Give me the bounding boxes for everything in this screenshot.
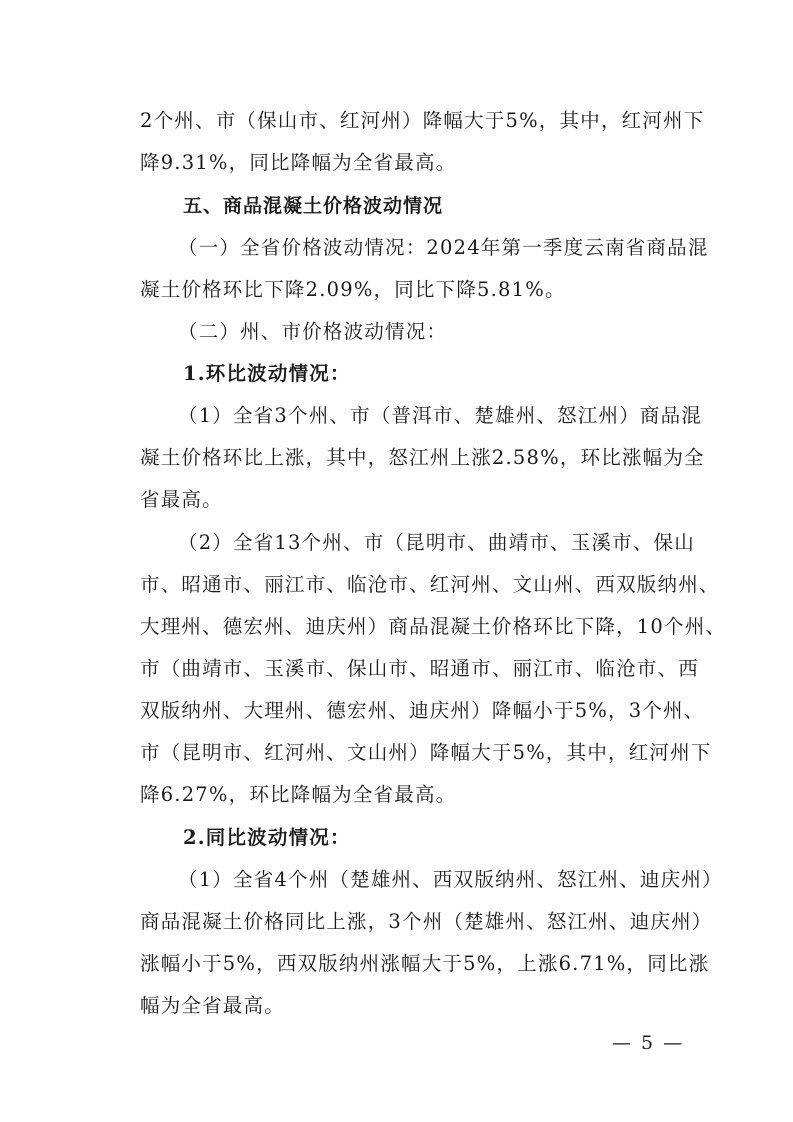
paragraph-line: 市、昭通市、丽江市、临沧市、红河州、文山州、西双版纳州、 (140, 570, 720, 600)
paragraph-line: 降9.31%，同比降幅为全省最高。 (140, 148, 456, 178)
paragraph-line: 市（曲靖市、玉溪市、保山市、昭通市、丽江市、临沧市、西 (140, 654, 699, 684)
paragraph-line: 2个州、市（保山市、红河州）降幅大于5%，其中，红河州下 (140, 106, 704, 136)
paragraph-line: 大理州、德宏州、迪庆州）商品混凝土价格环比下降，10个州、 (140, 612, 726, 642)
paragraph-line: 凝土价格环比下降2.09%，同比下降5.81%。 (140, 275, 566, 305)
section-heading: 1.环比波动情况： (183, 359, 351, 389)
paragraph-line: （1）全省3个州、市（普洱市、楚雄州、怒江州）商品混 (178, 401, 702, 431)
paragraph-line: 幅为全省最高。 (140, 991, 285, 1021)
paragraph-line: 省最高。 (140, 485, 223, 515)
paragraph-line: 降6.27%，环比降幅为全省最高。 (140, 780, 456, 810)
paragraph-line: 市（昆明市、红河州、文山州）降幅大于5%，其中，红河州下 (140, 738, 712, 768)
document-page: 2个州、市（保山市、红河州）降幅大于5%，其中，红河州下降9.31%，同比降幅为… (0, 0, 793, 1122)
paragraph-line: （一）全省价格波动情况：2024年第一季度云南省商品混 (178, 233, 709, 263)
paragraph-line: 商品混凝土价格同比上涨，3个州（楚雄州、怒江州、迪庆州） (140, 907, 713, 937)
paragraph-line: （1）全省4个州（楚雄州、西双版纳州、怒江州、迪庆州） (178, 865, 723, 895)
paragraph-line: （二）州、市价格波动情况： (178, 317, 447, 347)
section-heading: 五、商品混凝土价格波动情况 (183, 191, 443, 221)
section-heading: 2.同比波动情况： (183, 823, 351, 853)
paragraph-line: （2）全省13个州、市（昆明市、曲靖市、玉溪市、保山 (178, 528, 695, 558)
paragraph-line: 涨幅小于5%，西双版纳州涨幅大于5%，上涨6.71%，同比涨 (140, 949, 709, 979)
paragraph-line: 凝土价格环比上涨，其中，怒江州上涨2.58%，环比涨幅为全 (140, 443, 705, 473)
page-number: — 5 — (612, 1032, 684, 1054)
paragraph-line: 双版纳州、大理州、德宏州、迪庆州）降幅小于5%，3个州、 (140, 696, 704, 726)
